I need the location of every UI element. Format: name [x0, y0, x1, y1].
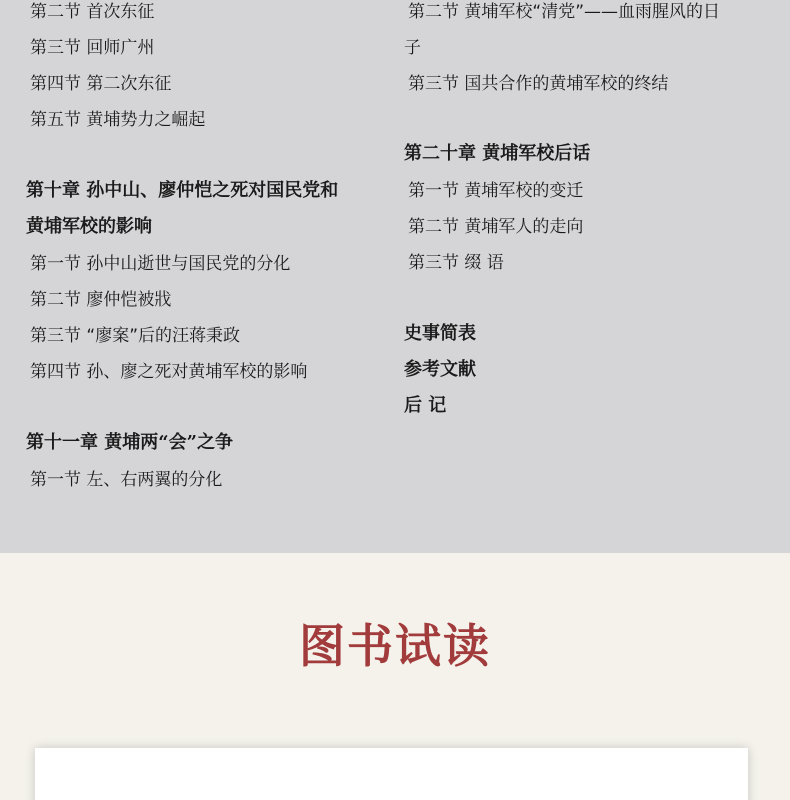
- sample-reading-card: [35, 748, 748, 800]
- toc-section-entry: 第四节 第二次东征: [26, 73, 171, 95]
- toc-chapter-heading: 参考文献: [404, 359, 476, 381]
- toc-section-entry: 第三节 缀 语: [404, 252, 504, 274]
- toc-section-entry: 第三节 回师广州: [26, 37, 154, 59]
- toc-section-entry: 第三节 “廖案”后的汪蒋秉政: [26, 325, 240, 347]
- toc-section-entry: 第一节 左、右两翼的分化: [26, 469, 222, 491]
- toc-section-entry: 第一节 黄埔军校的变迁: [404, 180, 583, 202]
- toc-section-entry: 第二节 廖仲恺被戕: [26, 289, 171, 311]
- toc-section-entry: 第二节 首次东征: [26, 1, 154, 23]
- toc-chapter-heading: 史事简表: [404, 323, 476, 345]
- table-of-contents-panel: 第二节 首次东征第三节 回师广州第四节 第二次东征第五节 黄埔势力之崛起第十章 …: [0, 0, 790, 553]
- toc-chapter-heading: 第十一章 黄埔两“会”之争: [26, 432, 233, 454]
- toc-section-entry: 第三节 国共合作的黄埔军校的终结: [404, 73, 668, 95]
- toc-section-entry: 第四节 孙、廖之死对黄埔军校的影响: [26, 361, 307, 383]
- sample-reading-title: 图书试读: [0, 616, 790, 676]
- toc-section-entry: 子: [404, 37, 421, 59]
- toc-section-entry: 第一节 孙中山逝世与国民党的分化: [26, 253, 290, 275]
- toc-chapter-heading: 第十章 孙中山、廖仲恺之死对国民党和: [26, 180, 338, 202]
- toc-section-entry: 第五节 黄埔势力之崛起: [26, 109, 205, 131]
- toc-chapter-heading: 黄埔军校的影响: [26, 216, 152, 238]
- toc-chapter-heading: 第二十章 黄埔军校后话: [404, 143, 590, 165]
- toc-section-entry: 第二节 黄埔军校“清党”——血雨腥风的日: [404, 1, 720, 23]
- toc-section-entry: 第二节 黄埔军人的走向: [404, 216, 583, 238]
- toc-chapter-heading: 后 记: [404, 395, 446, 417]
